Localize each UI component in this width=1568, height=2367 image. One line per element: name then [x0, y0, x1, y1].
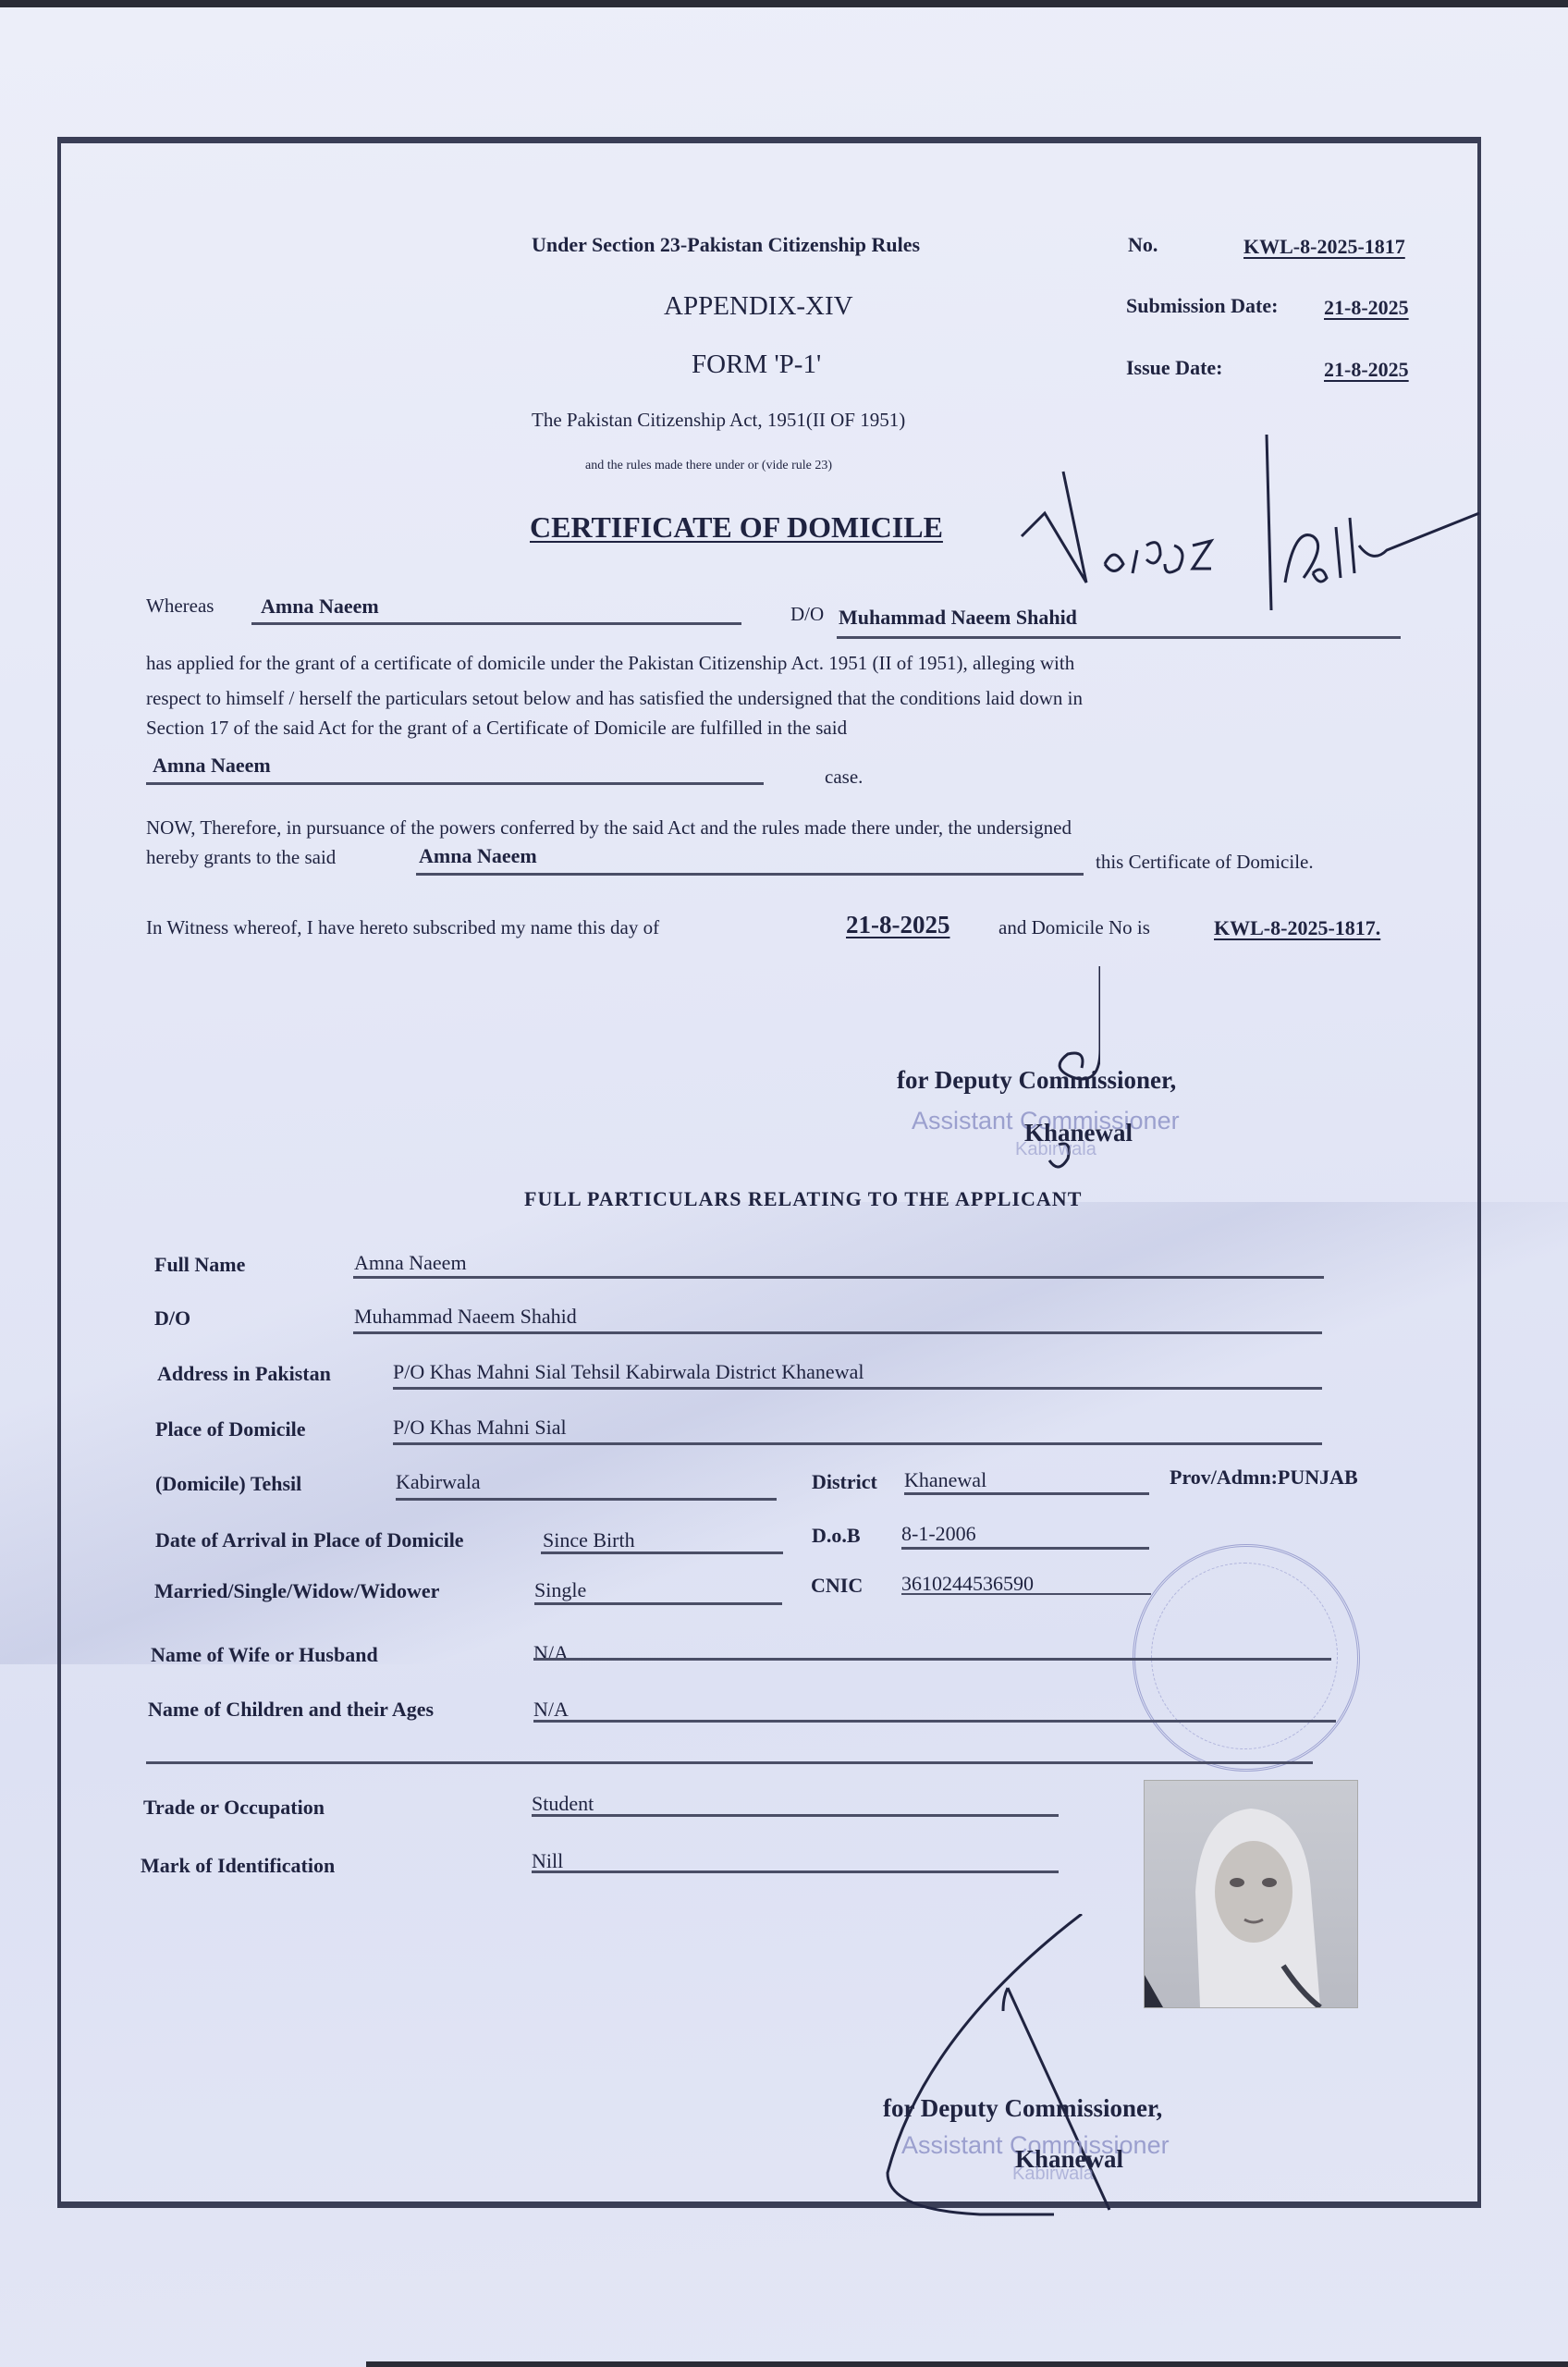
do-label: D/O	[790, 603, 824, 626]
issue-date: 21-8-2025	[1324, 358, 1409, 382]
signature-2-title: for Deputy Commissioner,	[883, 2094, 1162, 2123]
arrival-date-value: Since Birth	[543, 1528, 635, 1552]
applicant-name: Amna Naeem	[261, 595, 379, 619]
place-of-domicile-label: Place of Domicile	[155, 1417, 306, 1441]
tehsil-label: (Domicile) Tehsil	[155, 1472, 301, 1496]
paragraph-2-line-1: NOW, Therefore, in pursuance of the powe…	[146, 816, 1072, 840]
particulars-heading: FULL PARTICULARS RELATING TO THE APPLICA…	[524, 1187, 1082, 1211]
marital-status-label: Married/Single/Widow/Widower	[154, 1579, 439, 1603]
grant-applicant-name: Amna Naeem	[419, 844, 537, 868]
cnic-label: CNIC	[811, 1574, 863, 1598]
rules-reference: and the rules made there under or (vide …	[585, 459, 832, 473]
arrival-date-label: Date of Arrival in Place of Domicile	[155, 1528, 464, 1552]
page-title: CERTIFICATE OF DOMICILE	[530, 510, 943, 545]
paragraph-1-line-2: respect to himself / herself the particu…	[146, 687, 1083, 710]
district-value: Khanewal	[904, 1468, 986, 1492]
occupation-line	[532, 1814, 1059, 1817]
background-edge-top	[0, 0, 1568, 7]
form-title: FORM 'P-1'	[692, 350, 821, 380]
signature-1-title: for Deputy Commissioner,	[897, 1066, 1176, 1095]
grant-name-line	[416, 873, 1084, 876]
certificate-number: KWL-8-2025-1817	[1243, 235, 1405, 259]
address-line	[393, 1387, 1322, 1390]
issue-date-label: Issue Date:	[1126, 356, 1223, 380]
section-reference: Under Section 23-Pakistan Citizenship Ru…	[532, 233, 920, 257]
address-label: Address in Pakistan	[157, 1362, 331, 1386]
act-reference: The Pakistan Citizenship Act, 1951(II OF…	[532, 409, 905, 432]
submission-date: 21-8-2025	[1324, 296, 1409, 320]
place-of-domicile-value: P/O Khas Mahni Sial	[393, 1416, 567, 1440]
full-name-line	[353, 1276, 1324, 1279]
full-name-label: Full Name	[154, 1253, 245, 1277]
dob-value: 8-1-2006	[901, 1522, 976, 1546]
children-line	[533, 1720, 1336, 1723]
domicile-number: KWL-8-2025-1817.	[1214, 916, 1380, 940]
arrival-date-line	[541, 1551, 783, 1554]
marital-status-line	[534, 1602, 782, 1605]
province-value: Prov/Admn:PUNJAB	[1170, 1466, 1358, 1490]
do-particular-line	[353, 1331, 1322, 1334]
paragraph-2-suffix: this Certificate of Domicile.	[1096, 851, 1314, 874]
father-name: Muhammad Naeem Shahid	[839, 606, 1077, 630]
case-label: case.	[825, 766, 863, 789]
district-line	[904, 1492, 1149, 1495]
spouse-value: N/A	[533, 1641, 569, 1665]
appendix-title: APPENDIX-XIV	[664, 291, 853, 322]
cnic-line	[901, 1593, 1151, 1595]
place-of-domicile-line	[393, 1442, 1322, 1445]
stamp-2-subtext: Kabirwala	[1012, 2164, 1094, 2185]
case-name-line	[146, 782, 764, 785]
marital-status-value: Single	[534, 1578, 586, 1602]
occupation-value: Student	[532, 1792, 594, 1816]
spouse-line	[533, 1658, 1331, 1661]
spouse-label: Name of Wife or Husband	[151, 1643, 378, 1667]
father-name-line	[837, 636, 1401, 639]
whereas-label: Whereas	[146, 595, 214, 618]
number-label: No.	[1128, 233, 1158, 257]
applicant-photo-portrait-icon	[1145, 1781, 1357, 2007]
paragraph-2-prefix: hereby grants to the said	[146, 846, 336, 869]
witness-date: 21-8-2025	[846, 911, 949, 939]
stamp-1-subtext: Kabirwala	[1015, 1139, 1096, 1160]
witness-mid-text: and Domicile No is	[998, 916, 1150, 939]
identification-mark-label: Mark of Identification	[141, 1854, 335, 1878]
children-label: Name of Children and their Ages	[148, 1698, 434, 1722]
witness-text: In Witness whereof, I have hereto subscr…	[146, 916, 659, 939]
dob-line	[901, 1547, 1149, 1550]
section-divider	[146, 1761, 1313, 1764]
tehsil-line	[396, 1498, 777, 1501]
background-edge-bottom	[366, 2361, 1568, 2367]
district-label: District	[812, 1470, 877, 1494]
paragraph-1-line-1: has applied for the grant of a certifica…	[146, 652, 1074, 675]
submission-date-label: Submission Date:	[1126, 294, 1278, 318]
applicant-photo	[1144, 1780, 1358, 2008]
do-particular-label: D/O	[154, 1306, 190, 1331]
full-name-value: Amna Naeem	[354, 1251, 467, 1275]
identification-mark-line	[532, 1870, 1059, 1873]
paragraph-1-line-3: Section 17 of the said Act for the grant…	[146, 717, 847, 740]
do-particular-value: Muhammad Naeem Shahid	[354, 1305, 577, 1329]
occupation-label: Trade or Occupation	[143, 1796, 325, 1820]
children-value: N/A	[533, 1698, 569, 1722]
case-applicant-name: Amna Naeem	[153, 754, 271, 778]
dob-label: D.o.B	[812, 1524, 861, 1548]
address-value: P/O Khas Mahni Sial Tehsil Kabirwala Dis…	[393, 1360, 864, 1384]
handwritten-annotation-icon	[1008, 425, 1488, 619]
tehsil-value: Kabirwala	[396, 1470, 481, 1494]
applicant-name-line	[251, 622, 741, 625]
